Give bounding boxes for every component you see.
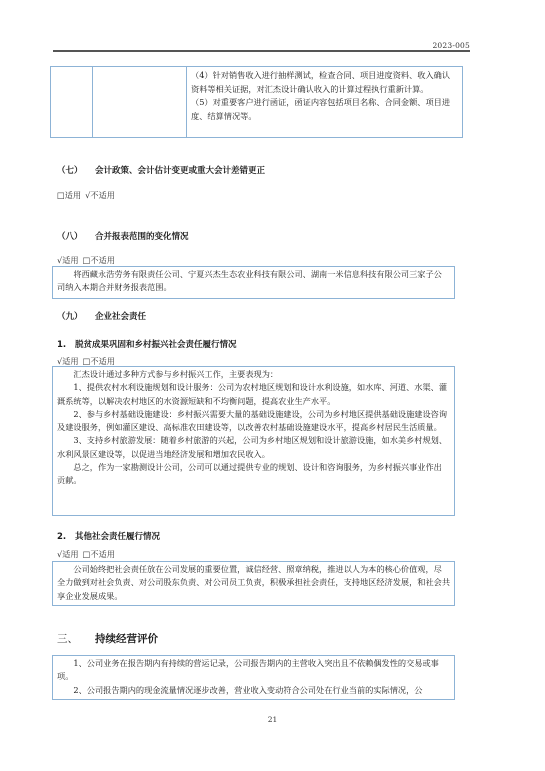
table-cell-empty-1 [51,67,93,137]
not-applicable-checkbox: □不适用 [83,356,115,366]
paragraph: 公司始终把社会责任放在公司发展的重要位置，诚信经营、照章纳税，推进以人为本的核心… [57,563,450,603]
section-number: （七） [57,164,95,176]
going-concern-box: 1、公司业务在报告期内有持续的营运记录，公司报告期内的主营收入突出且不依赖偶发性… [52,655,455,700]
procedure-item: （5）对重要客户进行函证，函证内容包括项目名称、合同金额、项目进度、结算情况等。 [191,96,458,123]
table-cell-procedures: （4）针对销售收入进行抽样测试，检查合同、项目进度资料、收入确认资料等相关证据，… [187,67,462,137]
paragraph: 汇杰设计通过多种方式参与乡村振兴工作，主要表现为： [57,368,450,381]
subsection-number: 1. [57,340,75,350]
page-number: 21 [0,715,545,724]
applicable-checkbox: □适用 [57,190,81,200]
subsection-heading-1: 1.脱贫成果巩固和乡村振兴社会责任履行情况 [57,338,237,350]
rural-revitalization-box: 汇杰设计通过多种方式参与乡村振兴工作，主要表现为： 1、提供农村水利设施规划和设… [52,366,455,516]
subsection-title: 其他社会责任履行情况 [75,532,160,542]
paragraph: 将西藏永浩劳务有限责任公司、宁夏兴杰生态农业科技有限公司、湖南一米信息科技有限公… [57,268,450,295]
applicable-checkbox: √适用 [57,356,79,366]
paragraph: 2、公司报告期内的现金流量情况逐步改善，营业收入变动符合公司处在行业当前的实际情… [57,684,450,697]
audit-procedure-table: （4）针对销售收入进行抽样测试，检查合同、项目进度资料、收入确认资料等相关证据，… [50,66,463,138]
applicability-8: √适用□不适用 [57,255,119,266]
section-heading-8: （八）合并报表范围的变化情况 [57,230,189,242]
paragraph: 1、提供农村水利设施规划和设计服务：公司为农村地区规划和设计水利设施，如水库、河… [57,381,450,408]
section-title: 会计政策、会计估计变更或重大会计差错更正 [95,166,265,176]
chapter-heading-3: 三、持续经营评价 [57,631,158,646]
paragraph: 2、参与乡村基础设施建设：乡村振兴需要大量的基础设施建设，公司为乡村地区提供基础… [57,408,450,435]
applicability-7: □适用√不适用 [57,190,119,201]
header-rule [53,50,470,52]
subsection-number: 2. [57,532,75,542]
applicable-checkbox: √适用 [57,549,79,559]
section-heading-7: （七）会计政策、会计估计变更或重大会计差错更正 [57,164,265,176]
subsection-title: 脱贫成果巩固和乡村振兴社会责任履行情况 [75,340,237,350]
other-social-responsibility-box: 公司始终把社会责任放在公司发展的重要位置，诚信经营、照章纳税，推进以人为本的核心… [52,561,455,606]
applicable-checkbox: √适用 [57,255,79,265]
applicability-9-2: √适用□不适用 [57,549,119,560]
chapter-number: 三、 [57,631,95,646]
paragraph: 总之，作为一家勘测设计公司，公司可以通过提供专业的规划、设计和咨询服务，为乡村振… [57,461,450,488]
not-applicable-checkbox: □不适用 [83,549,115,559]
subsection-heading-2: 2.其他社会责任履行情况 [57,530,160,542]
chapter-title: 持续经营评价 [95,633,158,645]
consolidation-scope-box: 将西藏永浩劳务有限责任公司、宁夏兴杰生态农业科技有限公司、湖南一米信息科技有限公… [52,266,455,299]
not-applicable-checkbox: □不适用 [83,255,115,265]
paragraph: 3、支持乡村旅游发展：随着乡村旅游的兴起，公司为乡村地区规划和设计旅游设施，如水… [57,434,450,461]
section-title: 合并报表范围的变化情况 [95,232,189,242]
section-number: （八） [57,230,95,242]
document-code: 2023-005 [432,41,470,50]
not-applicable-checkbox: √不适用 [85,190,115,200]
procedure-item: （4）针对销售收入进行抽样测试，检查合同、项目进度资料、收入确认资料等相关证据，… [191,69,458,96]
section-number: （九） [57,310,95,322]
paragraph: 1、公司业务在报告期内有持续的营运记录，公司报告期内的主营收入突出且不依赖偶发性… [57,657,450,684]
section-heading-9: （九）企业社会责任 [57,310,146,322]
section-title: 企业社会责任 [95,312,146,322]
table-cell-empty-2 [93,67,187,137]
